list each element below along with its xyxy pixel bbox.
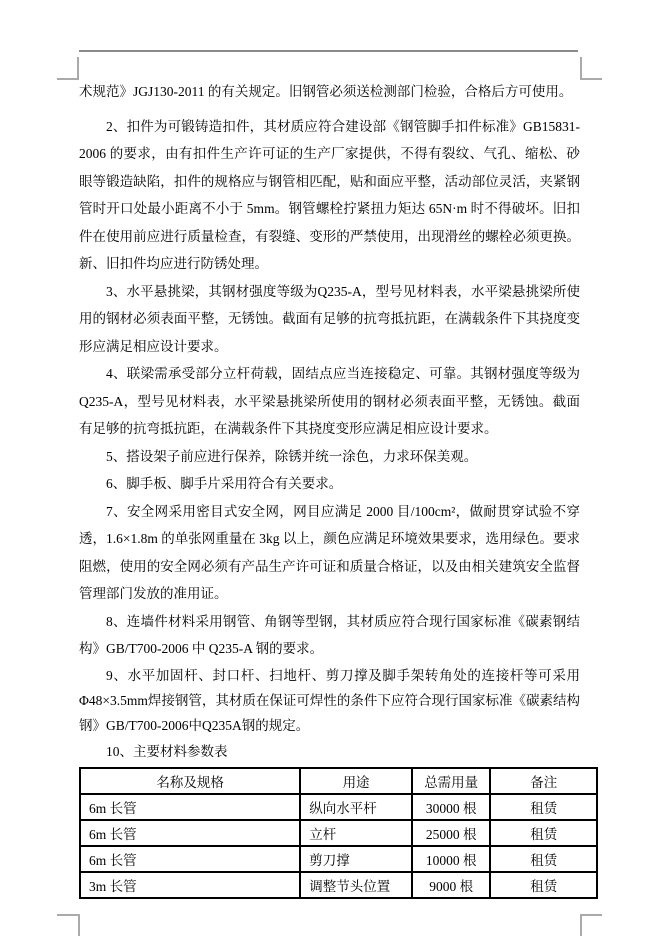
paragraph-item-2: 2、扣件为可锻铸造扣件，其材质应符合建设部《钢管脚手扣件标准》GB15831-2… <box>79 113 580 278</box>
table-cell-use: 调整节头位置 <box>300 872 412 898</box>
table-cell-name: 6m 长管 <box>80 846 300 872</box>
table-cell-qty: 25000 根 <box>412 820 491 846</box>
table-cell-qty: 9000 根 <box>412 872 491 898</box>
table-header-qty: 总需用量 <box>412 768 491 794</box>
table-header-note: 备注 <box>490 768 597 794</box>
table-row: 6m 长管 立杆 25000 根 租赁 <box>80 820 597 846</box>
paragraph-item-4: 4、联梁需承受部分立杆荷载，固结点应当连接稳定、可靠。其钢材强度等级为 Q235… <box>79 360 580 443</box>
document-page: 术规范》JGJ130-2011 的有关规定。旧钢管必须送检测部门检验，合格后方可… <box>0 0 661 940</box>
paragraph-item-8: 8、连墙件材料采用钢管、角钢等型钢，其材质应符合现行国家标准《碳素钢结构》GB/… <box>79 608 580 663</box>
paragraph-item-9: 9、水平加固杆、封口杆、扫地杆、剪刀撑及脚手架转角处的连接杆等可采用Φ48×3.… <box>79 663 580 738</box>
paragraph-item-7: 7、安全网采用密目式安全网，网目应满足 2000 目/100cm²，做耐贯穿试验… <box>79 498 580 608</box>
crop-mark-bottom-left <box>57 914 80 936</box>
table-cell-name: 6m 长管 <box>80 794 300 820</box>
paragraph-item-3: 3、水平悬挑梁，其钢材强度等级为Q235-A，型号见材料表，水平梁悬挑梁所使用的… <box>79 278 580 361</box>
section-title: 10、主要材料参数表 <box>79 738 580 766</box>
crop-mark-top-right <box>580 57 602 80</box>
table-cell-use: 立杆 <box>300 820 412 846</box>
paragraph-continuation: 术规范》JGJ130-2011 的有关规定。旧钢管必须送检测部门检验，合格后方可… <box>79 78 580 106</box>
table-cell-note: 租赁 <box>490 872 597 898</box>
paragraph-item-6: 6、脚手板、脚手片采用符合有关要求。 <box>79 470 580 498</box>
header-boundary-line <box>79 50 578 52</box>
table-header-row: 名称及规格 用途 总需用量 备注 <box>80 768 597 794</box>
table-cell-name: 6m 长管 <box>80 820 300 846</box>
table-row: 3m 长管 调整节头位置 9000 根 租赁 <box>80 872 597 898</box>
table-cell-name: 3m 长管 <box>80 872 300 898</box>
table-cell-note: 租赁 <box>490 846 597 872</box>
table-cell-qty: 30000 根 <box>412 794 491 820</box>
table-row: 6m 长管 剪刀撑 10000 根 租赁 <box>80 846 597 872</box>
table-row: 6m 长管 纵向水平杆 30000 根 租赁 <box>80 794 597 820</box>
table-cell-qty: 10000 根 <box>412 846 491 872</box>
table-cell-note: 租赁 <box>490 794 597 820</box>
table-cell-use: 剪刀撑 <box>300 846 412 872</box>
paragraph-item-5: 5、搭设架子前应进行保养，除锈并统一涂色，力求环保美观。 <box>79 443 580 471</box>
materials-table: 名称及规格 用途 总需用量 备注 6m 长管 纵向水平杆 30000 根 租赁 … <box>79 767 598 899</box>
table-header-name: 名称及规格 <box>80 768 300 794</box>
document-content: 术规范》JGJ130-2011 的有关规定。旧钢管必须送检测部门检验，合格后方可… <box>79 78 580 765</box>
crop-mark-bottom-right <box>580 914 602 936</box>
table-cell-note: 租赁 <box>490 820 597 846</box>
table-cell-use: 纵向水平杆 <box>300 794 412 820</box>
table-header-use: 用途 <box>300 768 412 794</box>
crop-mark-top-left <box>57 57 79 80</box>
